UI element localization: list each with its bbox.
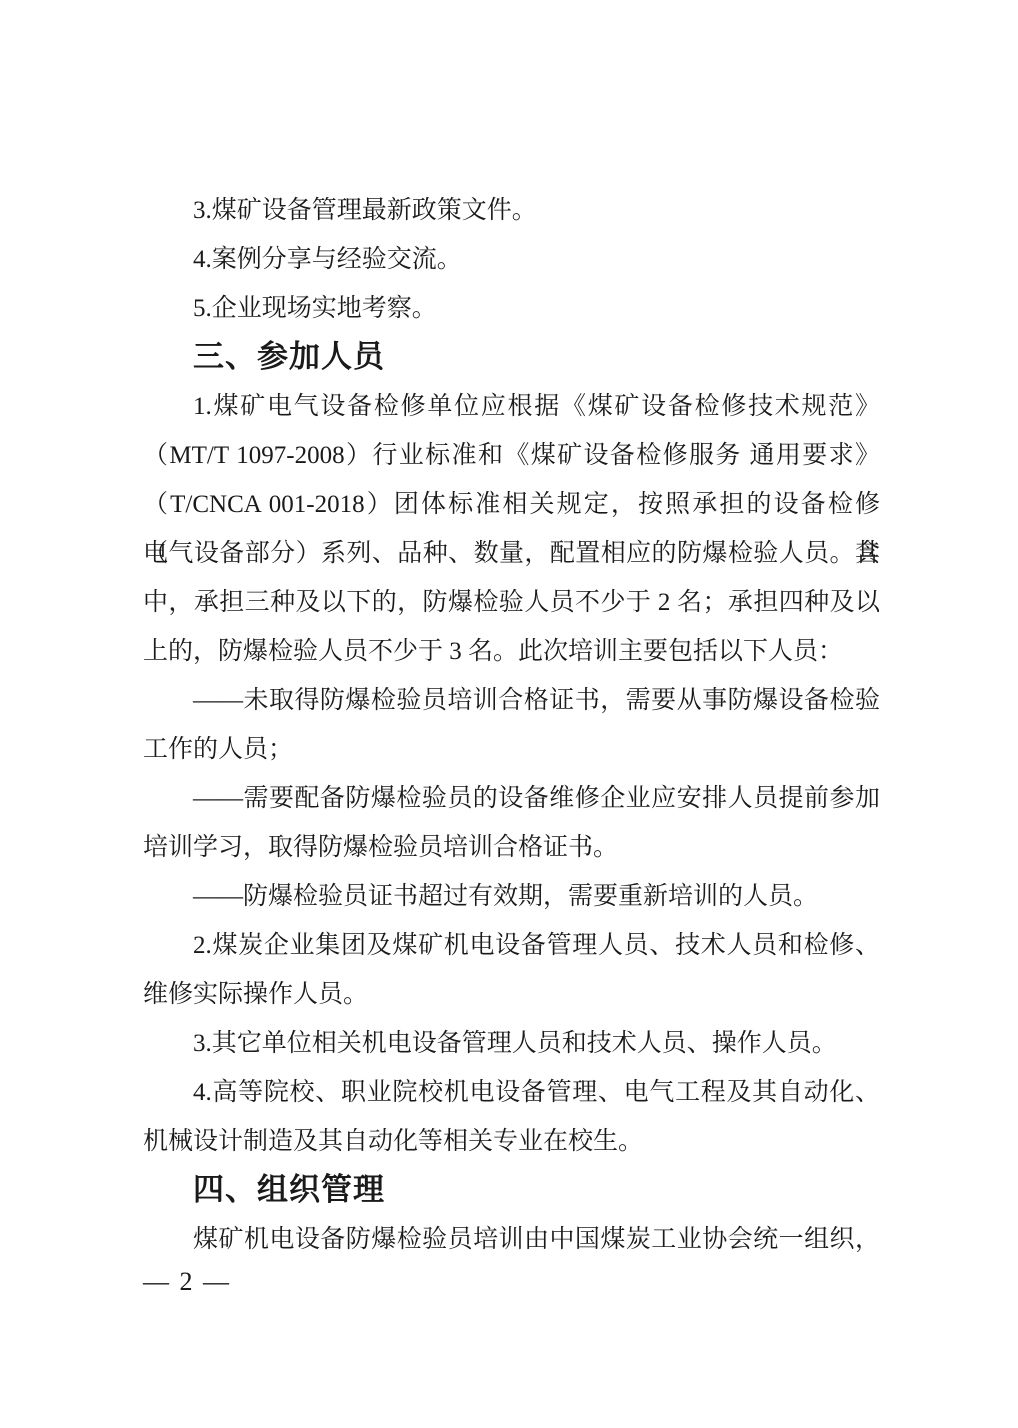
- text-line: 四、组织管理: [143, 1166, 880, 1215]
- paragraph: 4.案例分享与经验交流。: [143, 235, 880, 284]
- text-line: （T/CNCA 001-2018）团体标准相关规定，按照承担的设备检修（含: [143, 480, 880, 529]
- text-line: 电气设备部分）系列、品种、数量，配置相应的防爆检验人员。其: [143, 529, 880, 578]
- paragraph: ——未取得防爆检验员培训合格证书，需要从事防爆设备检验工作的人员；: [143, 676, 880, 774]
- text-line: ——未取得防爆检验员培训合格证书，需要从事防爆设备检验: [143, 676, 880, 725]
- text-line: 4.高等院校、职业院校机电设备管理、电气工程及其自动化、: [143, 1068, 880, 1117]
- text-line: ——需要配备防爆检验员的设备维修企业应安排人员提前参加: [143, 774, 880, 823]
- text-line: 1.煤矿电气设备检修单位应根据《煤矿设备检修技术规范》: [143, 382, 880, 431]
- paragraph: ——防爆检验员证书超过有效期，需要重新培训的人员。: [143, 872, 880, 921]
- text-line: 培训学习，取得防爆检验员培训合格证书。: [143, 823, 880, 872]
- text-line: 中，承担三种及以下的，防爆检验人员不少于 2 名；承担四种及以: [143, 578, 880, 627]
- text-line: ——防爆检验员证书超过有效期，需要重新培训的人员。: [143, 872, 880, 921]
- text-line: 2.煤炭企业集团及煤矿机电设备管理人员、技术人员和检修、: [143, 921, 880, 970]
- paragraph: 3.煤矿设备管理最新政策文件。: [143, 186, 880, 235]
- text-line: 维修实际操作人员。: [143, 970, 880, 1019]
- paragraph: 煤矿机电设备防爆检验员培训由中国煤炭工业协会统一组织，: [143, 1215, 880, 1264]
- paragraph: ——需要配备防爆检验员的设备维修企业应安排人员提前参加培训学习，取得防爆检验员培…: [143, 774, 880, 872]
- text-line: 上的，防爆检验人员不少于 3 名。此次培训主要包括以下人员：: [143, 627, 880, 676]
- text-line: 4.案例分享与经验交流。: [143, 235, 880, 284]
- page-number: — 2 —: [143, 1261, 231, 1303]
- text-line: 3.煤矿设备管理最新政策文件。: [143, 186, 880, 235]
- paragraph: 4.高等院校、职业院校机电设备管理、电气工程及其自动化、机械设计制造及其自动化等…: [143, 1068, 880, 1166]
- paragraph: 1.煤矿电气设备检修单位应根据《煤矿设备检修技术规范》（MT/T 1097-20…: [143, 382, 880, 676]
- text-line: （MT/T 1097-2008）行业标准和《煤矿设备检修服务 通用要求》: [143, 431, 880, 480]
- section-heading: 三、参加人员: [143, 333, 880, 382]
- document-page: 3.煤矿设备管理最新政策文件。4.案例分享与经验交流。5.企业现场实地考察。三、…: [0, 0, 1018, 1428]
- text-line: 工作的人员；: [143, 725, 880, 774]
- paragraph: 3.其它单位相关机电设备管理人员和技术人员、操作人员。: [143, 1019, 880, 1068]
- text-line: 煤矿机电设备防爆检验员培训由中国煤炭工业协会统一组织，: [143, 1215, 880, 1264]
- text-line: 3.其它单位相关机电设备管理人员和技术人员、操作人员。: [143, 1019, 880, 1068]
- text-line: 机械设计制造及其自动化等相关专业在校生。: [143, 1117, 880, 1166]
- paragraph: 5.企业现场实地考察。: [143, 284, 880, 333]
- document-body: 3.煤矿设备管理最新政策文件。4.案例分享与经验交流。5.企业现场实地考察。三、…: [143, 186, 880, 1264]
- paragraph: 2.煤炭企业集团及煤矿机电设备管理人员、技术人员和检修、维修实际操作人员。: [143, 921, 880, 1019]
- text-line: 三、参加人员: [143, 333, 880, 382]
- section-heading: 四、组织管理: [143, 1166, 880, 1215]
- text-line: 5.企业现场实地考察。: [143, 284, 880, 333]
